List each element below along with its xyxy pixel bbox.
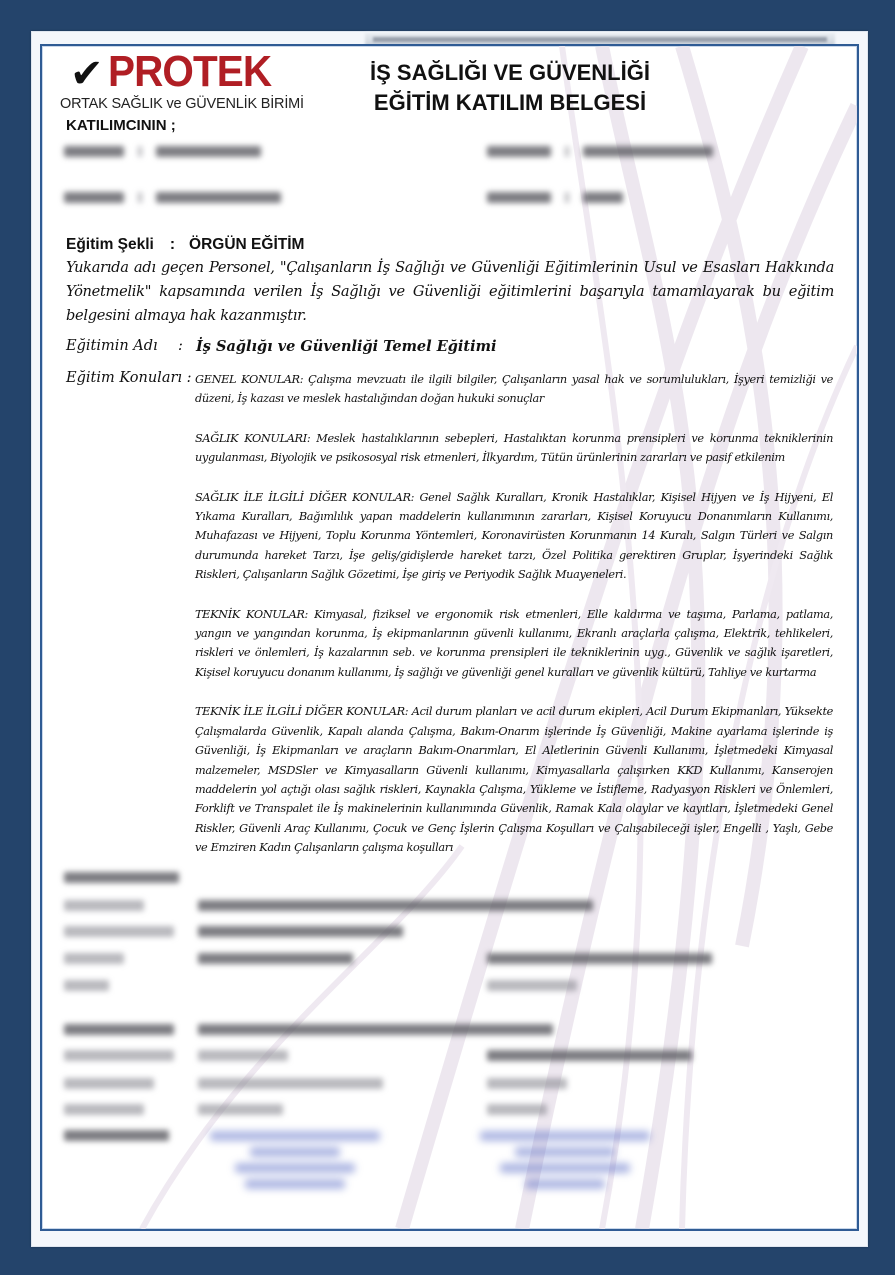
title-line-1: İŞ SAĞLIĞI VE GÜVENLİĞİ: [340, 58, 680, 88]
training-type-value: ÖRGÜN EĞİTİM: [189, 236, 304, 253]
training-topics-label: Eğitim Konuları :: [66, 370, 192, 386]
certificate-title: İŞ SAĞLIĞI VE GÜVENLİĞİ EĞİTİM KATILIM B…: [340, 58, 680, 118]
protek-logo: ✔ PROTEK ORTAK SAĞLIK ve GÜVENLİK BİRİMİ: [70, 52, 330, 112]
logo-subtitle: ORTAK SAĞLIK ve GÜVENLİK BİRİMİ: [60, 96, 330, 112]
signature-stamp-left: [205, 1125, 385, 1200]
training-type-row: Eğitim Şekli:ÖRGÜN EĞİTİM: [66, 236, 304, 254]
topic-health: SAĞLIK KONULARI: Meslek hastalıklarının …: [195, 429, 833, 468]
topic-health-other: SAĞLIK İLE İLGİLİ DİĞER KONULAR: Genel S…: [195, 488, 833, 585]
training-topics-list: GENEL KONULAR: Çalışma mevzuatı ile ilgi…: [195, 370, 833, 878]
training-type-label: Eğitim Şekli: [66, 236, 154, 253]
participant-section-label: KATILIMCININ ;: [66, 117, 176, 134]
checkmark-icon: ✔: [70, 56, 104, 92]
topic-general: GENEL KONULAR: Çalışma mevzuatı ile ilgi…: [195, 370, 833, 409]
training-name-label: Eğitimin Adı: [66, 338, 178, 355]
title-line-2: EĞİTİM KATILIM BELGESİ: [340, 88, 680, 118]
training-name-row: Eğitimin Adı : İş Sağlığı ve Güvenliği T…: [66, 338, 496, 355]
topic-technical-other: TEKNİK İLE İLGİLİ DİĞER KONULAR: Acil du…: [195, 702, 833, 857]
certificate-statement: Yukarıda adı geçen Personel, "Çalışanlar…: [66, 256, 834, 328]
topic-technical: TEKNİK KONULAR: Kimyasal, fiziksel ve er…: [195, 605, 833, 683]
redacted-signatures: [205, 1125, 705, 1215]
signature-stamp-right: [475, 1125, 655, 1200]
logo-brand-name: PROTEK: [108, 52, 271, 92]
training-name-value: İş Sağlığı ve Güvenliği Temel Eğitimi: [196, 338, 496, 355]
